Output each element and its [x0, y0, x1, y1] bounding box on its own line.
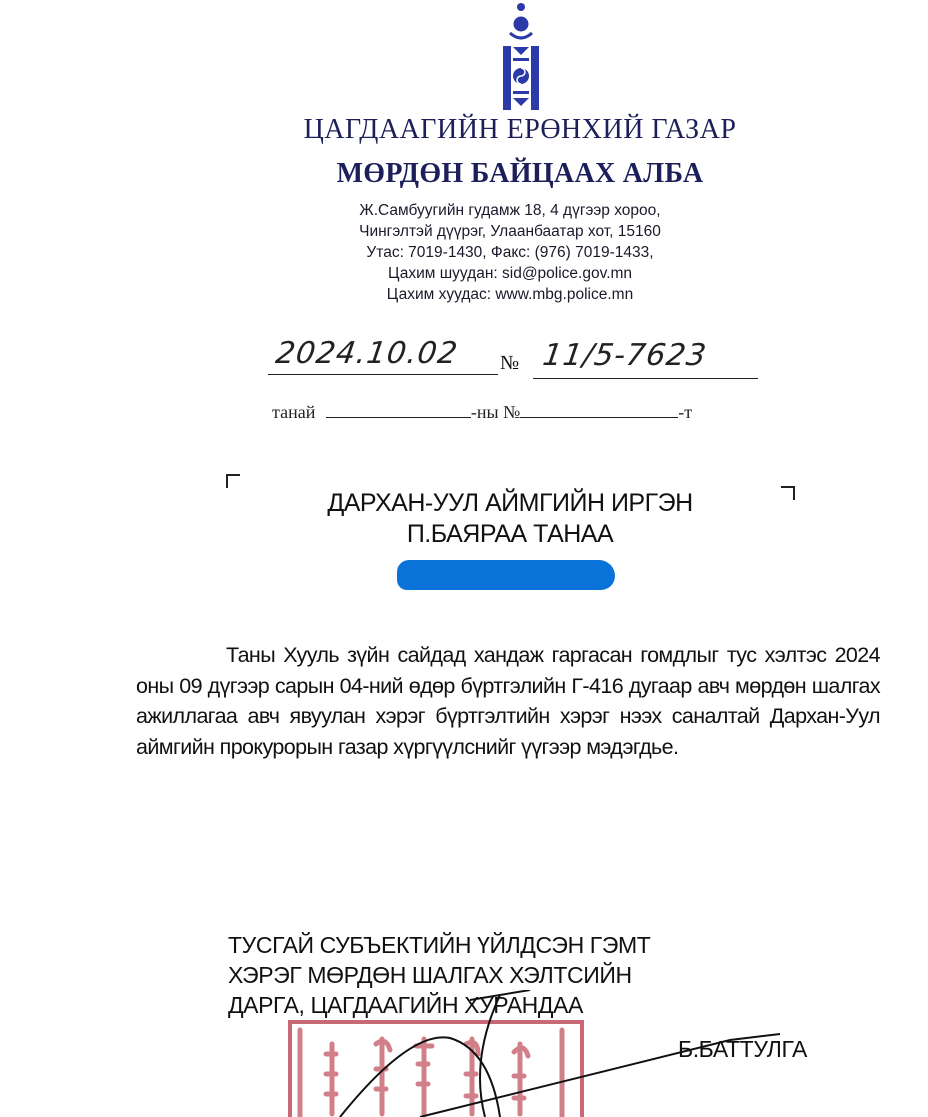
reference-line: танай -ны №-т	[272, 402, 692, 423]
handwritten-date: 2024.10.02	[274, 336, 461, 371]
letter-body: Таны Хууль зүйн сайдад хандаж гаргасан г…	[136, 640, 880, 762]
addressee-line: ДАРХАН-УУЛ АЙМГИЙН ИРГЭН	[220, 488, 800, 519]
address-line: Ж.Самбуугийн гудамж 18, 4 дүгээр хороо,	[270, 200, 750, 221]
addressee-block: ДАРХАН-УУЛ АЙМГИЙН ИРГЭН П.БАЯРАА ТАНАА	[220, 488, 800, 550]
handwritten-number: 11/5-7623	[541, 338, 709, 373]
department-name: МӨРДӨН БАЙЦААХ АЛБА	[230, 158, 810, 190]
corner-mark-left	[226, 474, 240, 488]
number-sign: №	[500, 352, 519, 375]
soyombo-emblem-icon	[493, 2, 549, 114]
addressee-name: П.БАЯРАА ТАНАА	[220, 519, 800, 550]
redaction-mark	[397, 560, 615, 590]
website-line: Цахим хуудас: www.mbg.police.mn	[270, 284, 750, 305]
phone-fax-line: Утас: 7019-1430, Факс: (976) 7019-1433,	[270, 242, 750, 263]
signer-name: Б.БАТТУЛГА	[678, 1036, 807, 1063]
address-line: Чингэлтэй дүүрэг, Улаанбаатар хот, 15160	[270, 221, 750, 242]
org-name: ЦАГДААГИЙН ЕРӨНХИЙ ГАЗАР	[230, 114, 810, 146]
email-line: Цахим шуудан: sid@police.gov.mn	[270, 263, 750, 284]
registration-line: 2024.10.02 № 11/5-7623	[268, 334, 758, 384]
address-block: Ж.Самбуугийн гудамж 18, 4 дүгээр хороо, …	[270, 200, 750, 305]
